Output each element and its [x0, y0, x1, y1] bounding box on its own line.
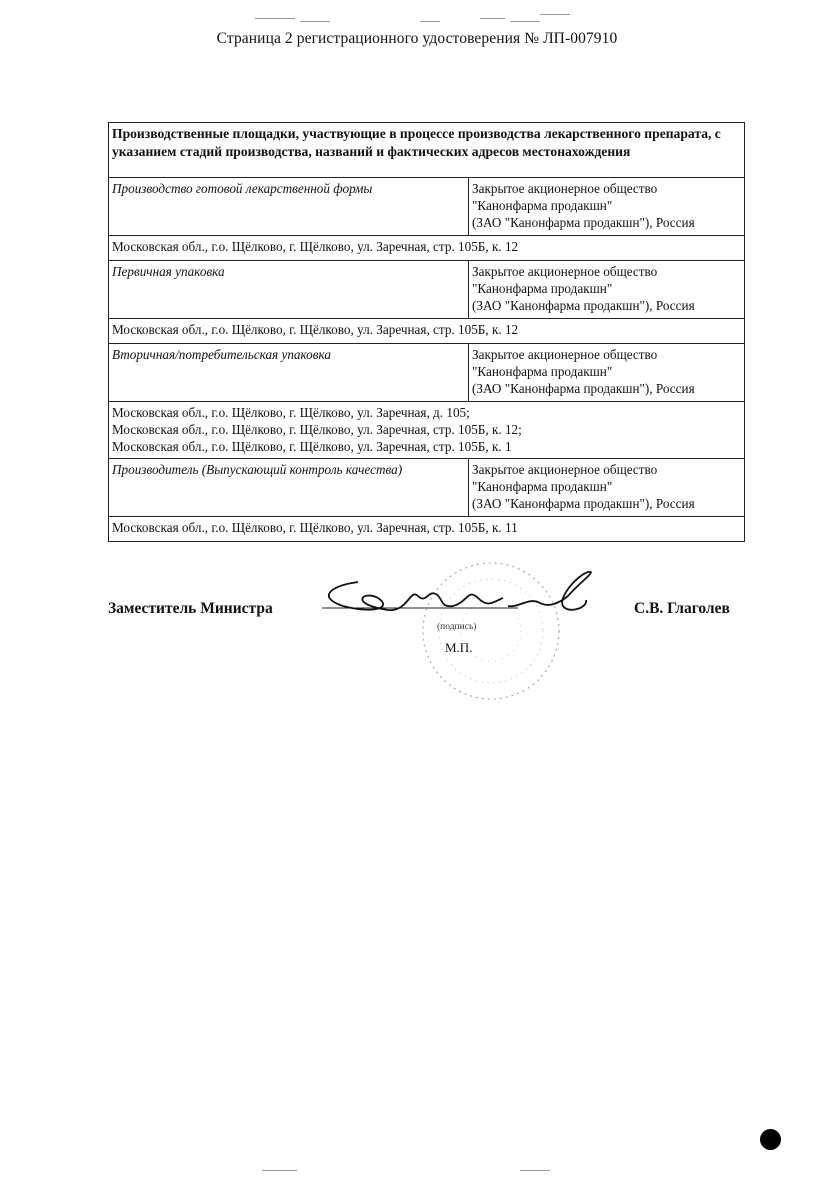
org-line: "Канонфарма продакшн" [472, 280, 741, 297]
address-row: Московская обл., г.о. Щёлково, г. Щёлков… [109, 236, 745, 261]
signature-block: Заместитель Министра (подпись) М.П. С.В.… [0, 596, 834, 716]
address-line: Московская обл., г.о. Щёлково, г. Щёлков… [112, 438, 741, 455]
address-line: Московская обл., г.о. Щёлково, г. Щёлков… [112, 238, 741, 255]
stage-cell: Производитель (Выпускающий контроль каче… [109, 459, 469, 517]
table-row: Вторичная/потребительская упаковка Закры… [109, 344, 745, 402]
stage-cell: Вторичная/потребительская упаковка [109, 344, 469, 402]
org-line: (ЗАО "Канонфарма продакшн"), Россия [472, 214, 741, 231]
org-line: (ЗАО "Канонфарма продакшн"), Россия [472, 297, 741, 314]
table-row: Первичная упаковка Закрытое акционерное … [109, 261, 745, 319]
address-row: Московская обл., г.о. Щёлково, г. Щёлков… [109, 319, 745, 344]
page-title: Страница 2 регистрационного удостоверени… [0, 30, 834, 48]
address-cell: Московская обл., г.о. Щёлково, г. Щёлков… [109, 236, 745, 261]
organization-cell: Закрытое акционерное общество "Канонфарм… [469, 459, 745, 517]
stage-cell: Производство готовой лекарственной формы [109, 178, 469, 236]
org-line: Закрытое акционерное общество [472, 263, 741, 280]
table-row: Производитель (Выпускающий контроль каче… [109, 459, 745, 517]
org-line: Закрытое акционерное общество [472, 346, 741, 363]
table-row: Производство готовой лекарственной формы… [109, 178, 745, 236]
organization-cell: Закрытое акционерное общество "Канонфарм… [469, 178, 745, 236]
scan-mark-dot-icon [760, 1129, 781, 1150]
org-line: "Канонфарма продакшн" [472, 197, 741, 214]
table-heading-row: Производственные площадки, участвующие в… [109, 123, 745, 178]
organization-cell: Закрытое акционерное общество "Канонфарм… [469, 261, 745, 319]
org-line: (ЗАО "Канонфарма продакшн"), Россия [472, 495, 741, 512]
table-heading: Производственные площадки, участвующие в… [109, 123, 745, 178]
org-line: (ЗАО "Канонфарма продакшн"), Россия [472, 380, 741, 397]
address-row: Московская обл., г.о. Щёлково, г. Щёлков… [109, 402, 745, 459]
seal-mark: М.П. [445, 640, 472, 656]
address-line: Московская обл., г.о. Щёлково, г. Щёлков… [112, 519, 741, 536]
stage-cell: Первичная упаковка [109, 261, 469, 319]
address-cell: Московская обл., г.о. Щёлково, г. Щёлков… [109, 402, 745, 459]
production-sites-table: Производственные площадки, участвующие в… [108, 122, 745, 542]
address-row: Московская обл., г.о. Щёлково, г. Щёлков… [109, 517, 745, 542]
signature-caption: (подпись) [437, 622, 476, 632]
handwritten-signature-icon [318, 568, 608, 628]
address-cell: Московская обл., г.о. Щёлково, г. Щёлков… [109, 319, 745, 344]
signatory-position: Заместитель Министра [108, 600, 273, 618]
address-cell: Московская обл., г.о. Щёлково, г. Щёлков… [109, 517, 745, 542]
address-line: Московская обл., г.о. Щёлково, г. Щёлков… [112, 421, 741, 438]
organization-cell: Закрытое акционерное общество "Канонфарм… [469, 344, 745, 402]
address-line: Московская обл., г.о. Щёлково, г. Щёлков… [112, 321, 741, 338]
org-line: "Канонфарма продакшн" [472, 363, 741, 380]
signatory-name: С.В. Глаголев [634, 600, 730, 618]
org-line: "Канонфарма продакшн" [472, 478, 741, 495]
org-line: Закрытое акционерное общество [472, 180, 741, 197]
org-line: Закрытое акционерное общество [472, 461, 741, 478]
address-line: Московская обл., г.о. Щёлково, г. Щёлков… [112, 404, 741, 421]
